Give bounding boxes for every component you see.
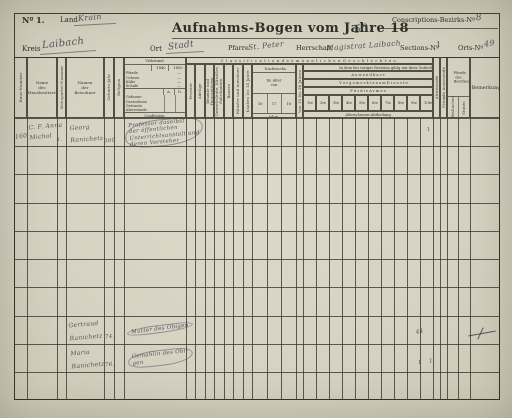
pferde-title: Pferde des Bezirkes [454,71,463,84]
age-class-label: 9te [411,101,416,105]
fremde-label: Fremde Anwesende [442,58,446,116]
col-stand-gewerbsleute: Gewerbsleute, Künstler, Fabrikanten [214,64,224,118]
col-age-class-3: 3te [329,95,342,111]
nachwuchs-age: 17 [272,101,278,105]
col-age-class-4: 4te [342,95,355,111]
entry-resident-name: Gertraud Ranichetz [68,317,103,346]
grid-hline [14,372,500,373]
form-title-year: 50. [353,21,373,36]
fuer-armee-label: F ü r d i e A r m e e [339,89,397,93]
haus-nummer-label: Haus-Nummer [19,58,23,116]
wohnpartei-label: Wohnpartei-Nummer [60,58,64,116]
orts-label: Orts-Nº [458,44,483,52]
summary-lower-label: Abwesende [125,108,143,112]
summary-year-1840: 1840 [156,66,163,70]
entry-wohnpartei-mark: 1. [57,137,62,143]
pferde-box: Pferde des Bezirkes Wallachen Stuten [447,57,470,118]
age-sliver-label: Von 19 bis 26 Jahren [298,65,302,116]
stand-label: Häusler und Inwohner [236,65,240,116]
summary-col-a: A. [167,90,172,94]
age-class-label: 8te [398,101,403,105]
entry-resident-name: Maria Ranichetz [70,345,105,374]
ort-label: Ort [150,45,162,53]
grid-hline [14,174,500,175]
col-age-sliver: Von 19 bis 26 Jahren [296,64,303,118]
geburtsjahr-label: Geburts-Jahr [107,58,111,116]
col-age-class-5: 5te [355,95,368,111]
anwendbare-row: A n w e n d b a r e [303,71,433,79]
col-age-class-10: 10te [420,95,433,111]
fuer-armee-row: F ü r d i e A r m e e [303,87,433,95]
col-stand-adelige: Adelige [195,64,205,118]
vorgemerkte-label: V o r g e m e r k t e z u m D i e n s t … [339,81,397,85]
col-haus-nummer: Haus-Nummer [14,57,27,118]
land-label: Land [60,16,78,24]
grid-hline [14,146,500,147]
revision-note-row: In dem bei voriger Revision giltig mit i… [303,64,433,71]
summary-col-d: D. [178,90,183,94]
grid-hline [14,287,500,288]
entry-resident-name: Georg Ranichetz [69,121,104,147]
hausbesitzer-label: Name des Hausbesitzers [28,80,56,95]
vorgemerkte-row: V o r g e m e r k t e z u m D i e n s t … [303,79,433,87]
revision-note: In dem bei voriger Revision giltig mit i… [339,65,397,69]
col-age-class-8: 8te [394,95,407,111]
summary-title: Viehstand. [142,59,169,63]
grid-hline [14,316,500,317]
nachwuchs-age: 18 [285,101,291,105]
abwesende-label: Abwesende [435,58,439,116]
sections-label: Sections-Nº [400,44,439,52]
col-stand-beamte: Beamte und Honoratioren [205,64,214,118]
pferde-sub-wallachen: Wallachen [451,98,455,117]
grid-hline [14,231,500,232]
form-title: Aufnahms-Bogen vom Jahre 18 [172,21,409,36]
col-stand-bauern: Bauern [224,64,233,118]
col-age-class-6: 6te [368,95,381,111]
pfarre-label: Pfarre [228,44,249,52]
col-age-class-1: 1te [303,95,316,111]
classification-banner: C l a s s i f i c a t i o n d e s m ä n … [186,57,433,64]
stand-label: Adelige [198,65,202,116]
col-bemerkung: Bemerkung. [470,57,500,118]
summary-row-label: Schafe [125,84,142,88]
bemerkung-label: Bemerkung. [471,85,499,91]
col-hausbesitzer: Name des Hausbesitzers [27,57,57,118]
age-class-label: 2te [320,101,325,105]
grid-hline [14,118,500,119]
age-class-label: 5te [359,101,364,105]
nachwuchs-subtitle: Im Alter von [265,79,284,88]
kreis-label: Kreis [22,45,41,53]
nachwuchs-box: Nachwuchs. Im Alter von 16 17 18 Jahre. [252,64,296,118]
age-class-label: 3te [333,101,338,105]
nachwuchs-age: 16 [257,101,263,105]
summary-dash: — [171,84,186,88]
col-age-class-9: 9te [407,95,420,111]
stand-label: Priester [189,65,193,116]
orts-value: 49 [483,38,495,48]
col-geburtsjahr: Geburts-Jahr [104,57,114,118]
age-footer-label: Altersclassen-Abtheilung [339,112,397,116]
pferde-sub-stuten: Stuten [462,98,466,117]
grid-hline [14,344,500,345]
col-stand-haeusler: Häusler und Inwohner [233,64,243,118]
age-class-label: 4te [346,101,351,105]
stand-label: Gewerbsleute, Künstler, Fabrikanten [215,65,223,116]
col-religion: Religion [114,57,124,118]
title-underline [172,38,354,39]
bewohner-label: Namen der Bewohner [67,80,103,95]
age-class-label: 10te [424,101,429,105]
religion-label: Religion [117,58,121,116]
age-class-label: 6te [372,101,377,105]
age-footer-row: Altersclassen-Abtheilung [303,111,433,118]
col-abwesende: Abwesende [433,57,440,118]
col-stand-knaben: Knaben bis 14 Jahre [243,64,252,118]
col-age-class-2: 2te [316,95,329,111]
classification-banner-label: C l a s s i f i c a t i o n d e s m ä n … [188,58,431,62]
conscription-value: 8 [475,13,482,24]
nachwuchs-title: Nachwuchs. [265,66,284,70]
age-class-label: 1te [307,101,312,105]
anwendbare-label: A n w e n d b a r e [339,73,397,77]
col-wohnpartei: Wohnpartei-Nummer [57,57,66,118]
col-bewohner: Namen der Bewohner [66,57,104,118]
census-form-sheet: Nº 1. Land Krain Conscriptions-Bezirks-N… [0,0,512,418]
cross-mark [466,326,498,342]
stand-label: Beamte und Honoratioren [206,65,214,116]
col-age-class-7: 7te [381,95,394,111]
form-number: Nº 1. [22,15,44,25]
stand-label: Bauern [227,65,231,116]
grid-hline [14,259,500,260]
grid-hline [14,203,500,204]
stand-label: Knaben bis 14 Jahre [246,65,250,116]
age-class-label: 7te [385,101,390,105]
summary-year-1850: 1850 [173,66,180,70]
col-fremde: Fremde Anwesende [440,57,447,118]
col-stand-priester: Priester [186,64,195,118]
summary-box: Viehstand. 1840 1850 Pferde— Ochsen— Küh… [124,57,186,118]
